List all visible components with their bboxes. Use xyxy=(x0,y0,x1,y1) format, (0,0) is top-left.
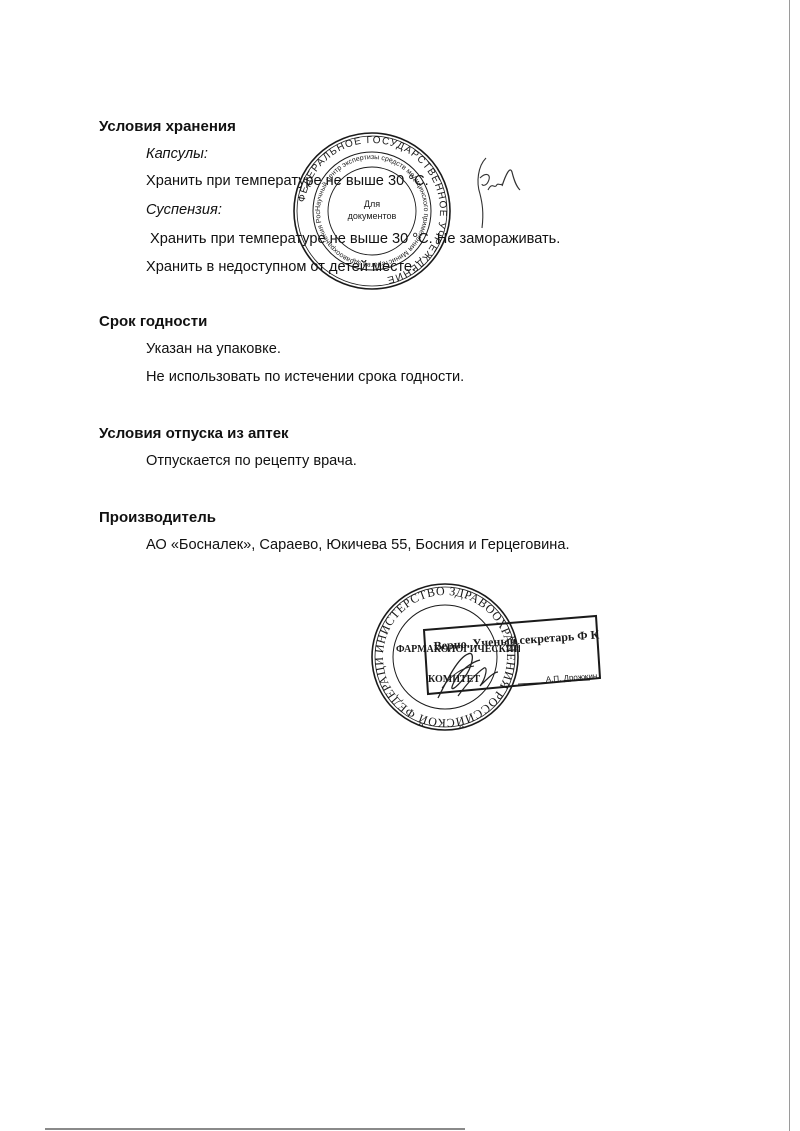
certify-rect-stamp: Верно. Ученый секретарь Ф К А.П. Дрожжин xyxy=(420,612,605,702)
stamp-bottom-inner-2: КОМИТЕТ xyxy=(428,674,480,685)
storage-suspension-temp: Хранить при температуре не выше 30 °С. Н… xyxy=(146,231,560,247)
manufacturer-address: АО «Босналек», Сараево, Юкичева 55, Босн… xyxy=(146,537,570,553)
heading-manufacturer: Производитель xyxy=(99,509,216,526)
stamp-bottom-outer-text: МИНИСТЕРСТВО ЗДРАВООХРАНЕНИЯ РОССИЙСКОЙ … xyxy=(370,582,518,730)
stamp-top-inner-text: Научный центр экспертизы средств медицин… xyxy=(292,131,429,268)
signature-bottom xyxy=(428,638,508,713)
storage-capsules-temp: Хранить при температуре не выше 30 °С. xyxy=(146,173,429,189)
round-stamp-bottom: МИНИСТЕРСТВО ЗДРАВООХРАНЕНИЯ РОССИЙСКОЙ … xyxy=(370,582,520,732)
stamp-bottom-inner-1: ФАРМАКОЛОГИЧЕСКИЙ xyxy=(396,643,520,655)
storage-suspension-label: Суспензия: xyxy=(146,202,222,218)
certify-stamp-name: А.П. Дрожжин xyxy=(546,671,598,684)
heading-dispensing-conditions: Условия отпуска из аптек xyxy=(99,425,289,442)
signature-top xyxy=(468,152,528,237)
svg-text:Научный центр экспертизы средс: Научный центр экспертизы средств медицин… xyxy=(292,131,429,268)
stamp-top-center-1: Для xyxy=(364,199,380,209)
heading-shelf-life: Срок годности xyxy=(99,313,207,330)
stamp-top-center-2: документов xyxy=(348,211,397,221)
shelf-life-do-not-use: Не использовать по истечении срока годно… xyxy=(146,369,464,385)
scan-page-edge-bottom xyxy=(45,1128,465,1130)
heading-storage-conditions: Условия хранения xyxy=(99,118,236,135)
shelf-life-on-package: Указан на упаковке. xyxy=(146,341,281,357)
storage-capsules-label: Капсулы: xyxy=(146,146,208,162)
scan-page-edge-right xyxy=(789,0,790,1131)
svg-text:МИНИСТЕРСТВО ЗДРАВООХРАНЕНИЯ Р: МИНИСТЕРСТВО ЗДРАВООХРАНЕНИЯ РОССИЙСКОЙ … xyxy=(370,582,518,730)
document-page: Условия хранения Капсулы: Хранить при те… xyxy=(0,0,800,1131)
storage-keep-away-children: Хранить в недоступном от детей месте. xyxy=(146,259,416,275)
certify-stamp-line1: Верно. Ученый секретарь Ф К xyxy=(433,627,600,653)
dispensing-prescription: Отпускается по рецепту врача. xyxy=(146,453,357,469)
